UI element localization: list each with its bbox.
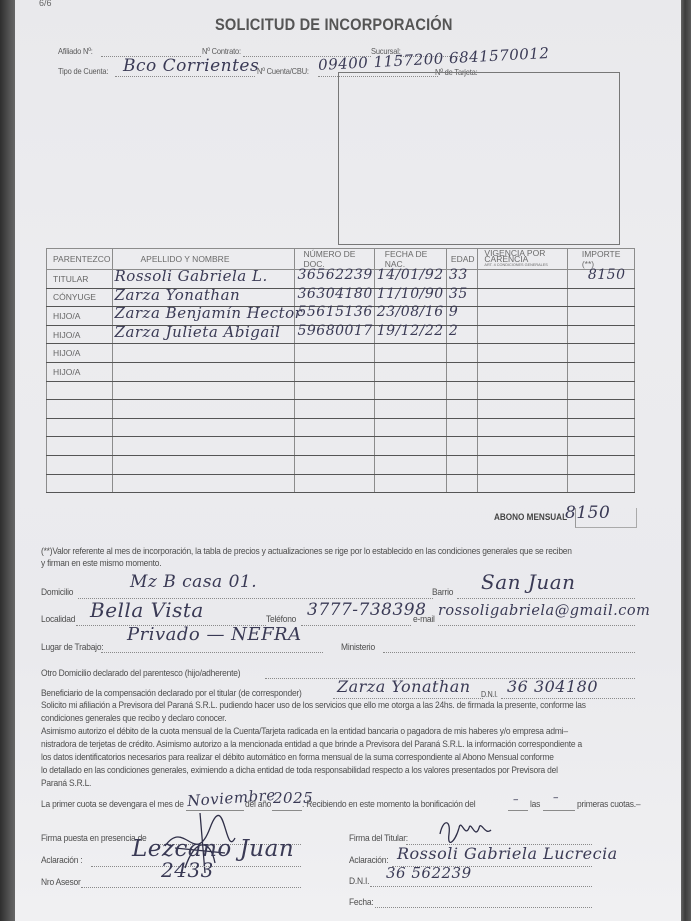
cell-doc[interactable]: 59680017 <box>295 325 374 344</box>
beneficiario-dni-field[interactable] <box>501 698 635 699</box>
cell-parentezco[interactable] <box>47 418 113 437</box>
table-row: HIJO/AZarza Julieta Abigail5968001719/12… <box>47 325 635 344</box>
dni-value: 36 562239 <box>386 864 472 882</box>
cell-value: Zarza Julieta Abigail <box>115 323 281 341</box>
cell-vigencia[interactable] <box>478 455 567 474</box>
cell-fecha_nac[interactable] <box>374 400 446 419</box>
beneficiario-field[interactable] <box>333 698 483 699</box>
cell-value: 36562239 <box>297 267 372 283</box>
email-value: rossoligabriela@gmail.com <box>438 603 650 619</box>
cell-value: Zarza Benjamín Hector <box>115 304 303 322</box>
cell-parentezco[interactable] <box>47 400 113 419</box>
cell-parentezco[interactable]: HIJO/A <box>47 325 113 344</box>
cell-edad[interactable] <box>446 362 478 381</box>
cell-importe[interactable] <box>567 362 634 381</box>
cell-edad[interactable] <box>446 418 478 437</box>
dni-label: D.N.I. <box>349 876 369 889</box>
relation-label: HIJO/A <box>53 348 80 358</box>
trabajo-value: Privado — NEFRA <box>127 624 302 645</box>
cell-doc[interactable] <box>295 418 374 437</box>
presencia-label: Firma puesta en presencia de <box>41 833 147 846</box>
tipo-cuenta-label: Tipo de Cuenta: <box>58 66 108 76</box>
aclaracion-right-value: Rossoli Gabriela Lucrecia <box>397 844 618 863</box>
cell-nombre[interactable]: Zarza Julieta Abigail <box>112 325 295 344</box>
trabajo-field[interactable] <box>101 652 323 653</box>
cell-value: 33 <box>449 267 468 283</box>
cell-edad[interactable] <box>446 400 478 419</box>
domicilio-value: Mz B casa 01. <box>130 572 257 592</box>
col-vigencia-sub: ART. 4 CONDICIONES GENERALES <box>484 262 566 268</box>
cell-parentezco[interactable] <box>47 381 113 400</box>
cell-fecha_nac[interactable] <box>374 474 446 493</box>
table-row <box>47 455 635 474</box>
table-row <box>47 381 635 400</box>
abono-mensual-value: 8150 <box>565 503 610 523</box>
cell-nombre[interactable] <box>112 437 295 456</box>
cuota-anio-field[interactable] <box>272 810 302 811</box>
relation-label: HIJO/A <box>53 330 80 340</box>
table-row: HIJO/A <box>47 344 635 363</box>
aclaracion-right-label: Aclaración: <box>349 855 388 868</box>
dni-field[interactable] <box>370 886 592 887</box>
cell-vigencia[interactable] <box>478 437 567 456</box>
cuenta-cbu-label: Nº Cuenta/CBU: <box>257 66 309 76</box>
relation-label: TITULAR <box>53 274 88 284</box>
cuota-post: . Recibiendo en este momento la bonifica… <box>302 799 475 812</box>
cell-fecha_nac[interactable] <box>374 362 446 381</box>
cell-edad[interactable] <box>446 344 478 363</box>
cell-doc[interactable] <box>295 437 374 456</box>
relation-label: HIJO/A <box>53 367 80 377</box>
card-box <box>338 72 620 245</box>
legal-p1-l2: condiciones generales que recibo y decla… <box>41 713 226 726</box>
cell-parentezco[interactable]: HIJO/A <box>47 344 113 363</box>
cell-doc[interactable] <box>295 455 374 474</box>
cell-vigencia[interactable] <box>478 344 567 363</box>
cell-vigencia[interactable] <box>478 325 567 344</box>
cell-nombre[interactable] <box>112 362 295 381</box>
cell-importe[interactable] <box>567 307 634 326</box>
background-left-edge <box>0 0 16 921</box>
form-sheet: 6/6 SOLICITUD DE INCORPORACIÓN Afiliado … <box>15 0 681 921</box>
beneficiario-value: Zarza Yonathan <box>337 677 471 696</box>
bonif-del-value: – <box>513 793 519 806</box>
contrato-label: Nº Contrato: <box>202 46 241 56</box>
cell-edad[interactable] <box>446 455 478 474</box>
cell-vigencia[interactable] <box>478 362 567 381</box>
form-title: SOLICITUD DE INCORPORACIÓN <box>215 15 453 35</box>
barrio-label: Barrio <box>432 587 453 600</box>
legal-p2-l2: nistradora de terjetas de crédito. Asimi… <box>41 739 582 752</box>
cell-edad[interactable] <box>446 437 478 456</box>
table-row: HIJO/A <box>47 362 635 381</box>
cell-doc[interactable] <box>295 381 374 400</box>
cell-importe[interactable] <box>567 455 634 474</box>
cell-nombre[interactable] <box>112 400 295 419</box>
legal-p2-l3: los datos identificatorios necesarios pa… <box>41 752 554 765</box>
cell-nombre[interactable] <box>112 344 295 363</box>
table-row <box>47 400 635 419</box>
cell-nombre[interactable] <box>112 455 295 474</box>
cell-importe[interactable] <box>567 344 634 363</box>
cell-fecha_nac[interactable] <box>374 344 446 363</box>
footnote-line-2: y firman en este mismo momento. <box>41 558 161 571</box>
cell-fecha_nac[interactable] <box>374 418 446 437</box>
cell-vigencia[interactable] <box>478 270 567 289</box>
footnote-line-1: (**)Valor referente al mes de incorporac… <box>41 546 572 559</box>
cuota-end: primeras cuotas.– <box>577 799 640 812</box>
table-row <box>47 474 635 493</box>
cell-nombre[interactable] <box>112 418 295 437</box>
cell-value: 14/01/92 <box>377 267 444 283</box>
cell-value: 8150 <box>588 267 626 283</box>
trabajo-label: Lugar de Trabajo: <box>41 642 103 655</box>
members-table: PARENTEZCO APELLIDO Y NOMBRE NÚMERO DE D… <box>46 248 635 493</box>
localidad-label: Localidad <box>41 614 75 627</box>
ministerio-label: Ministerio <box>341 642 375 655</box>
tipo-cuenta-field[interactable] <box>115 76 255 77</box>
asesor-value: 2433 <box>161 858 214 882</box>
cell-importe[interactable] <box>567 400 634 419</box>
cell-importe[interactable]: 8150 <box>567 270 634 289</box>
cell-doc[interactable] <box>295 474 374 493</box>
cell-doc[interactable] <box>295 344 374 363</box>
cell-nombre[interactable] <box>112 381 295 400</box>
cell-parentezco[interactable]: HIJO/A <box>47 362 113 381</box>
cell-vigencia[interactable] <box>478 474 567 493</box>
email-field[interactable] <box>438 625 635 626</box>
domicilio-label: Domicilio <box>41 587 73 600</box>
relation-label: CÓNYUGE <box>53 292 96 302</box>
cell-edad[interactable] <box>446 381 478 400</box>
cuota-las: las <box>530 799 540 812</box>
cell-parentezco[interactable] <box>47 437 113 456</box>
cell-nombre[interactable] <box>112 474 295 493</box>
fecha-label: Fecha: <box>349 897 374 910</box>
cell-value: 36304180 <box>297 286 372 302</box>
cuenta-cbu-value: 09400 1157200 6841570012 <box>318 44 550 74</box>
legal-p2-l4: lo detallado en las condiciones generale… <box>41 765 558 778</box>
cell-parentezco[interactable]: HIJO/A <box>47 307 113 326</box>
cell-parentezco[interactable]: TITULAR <box>47 270 113 289</box>
cell-value: 11/10/90 <box>377 286 444 302</box>
otro-domicilio-label: Otro Domicilio declarado del parentesco … <box>41 668 240 681</box>
cell-vigencia[interactable] <box>478 381 567 400</box>
beneficiario-label: Beneficiario de la compensación declarad… <box>41 688 302 701</box>
table-row <box>47 437 635 456</box>
fecha-field[interactable] <box>375 907 592 908</box>
bonif-las-value: – <box>553 791 559 804</box>
cell-value: 19/12/22 <box>377 323 444 339</box>
localidad-value: Bella Vista <box>90 598 204 622</box>
cell-parentezco[interactable] <box>47 455 113 474</box>
cell-value: Rossoli Gabriela L. <box>115 267 268 285</box>
bonif-del-field[interactable] <box>508 810 528 811</box>
cell-vigencia[interactable] <box>478 288 567 307</box>
page-number: 6/6 <box>39 0 52 8</box>
cell-fecha_nac[interactable] <box>374 455 446 474</box>
col-parentezco: PARENTEZCO <box>47 249 113 270</box>
cell-doc[interactable] <box>295 400 374 419</box>
cell-edad[interactable] <box>446 474 478 493</box>
tipo-cuenta-value: Bco Corrientes <box>123 56 259 76</box>
cuota-mid: del año <box>245 799 271 812</box>
cell-value: Zarza Yonathan <box>115 286 241 304</box>
asesor-field[interactable] <box>81 887 301 888</box>
asesor-label: Nro Asesor <box>41 877 81 890</box>
barrio-value: San Juan <box>481 570 576 594</box>
cell-importe[interactable] <box>567 288 634 307</box>
relation-label: HIJO/A <box>53 311 80 321</box>
cell-parentezco[interactable]: CÓNYUGE <box>47 288 113 307</box>
cell-vigencia[interactable] <box>478 400 567 419</box>
afiliado-label: Afiliado Nº: <box>58 46 93 56</box>
cell-value: 9 <box>449 304 458 320</box>
table-row <box>47 418 635 437</box>
cell-importe[interactable] <box>567 418 634 437</box>
abono-mensual-label: ABONO MENSUAL <box>494 512 567 523</box>
cell-parentezco[interactable] <box>47 474 113 493</box>
legal-p1-l1: Solicito mi afiliación a Previsora del P… <box>41 700 586 713</box>
barrio-field[interactable] <box>457 598 635 599</box>
legal-p2-l1: Asimismo autorizo el débito de la cuota … <box>41 726 568 739</box>
titular-signature <box>435 814 495 846</box>
col-vigencia: VIGENCIA POR CARENCIA ART. 4 CONDICIONES… <box>478 249 567 270</box>
cell-vigencia[interactable] <box>478 307 567 326</box>
cell-fecha_nac[interactable] <box>374 381 446 400</box>
cell-fecha_nac[interactable]: 19/12/22 <box>374 325 446 344</box>
telefono-field[interactable] <box>301 625 411 626</box>
ministerio-field[interactable] <box>383 652 635 653</box>
cell-importe[interactable] <box>567 381 634 400</box>
beneficiario-dni-value: 36 304180 <box>507 677 598 696</box>
cell-edad[interactable]: 2 <box>446 325 478 344</box>
telefono-value: 3777-738398 <box>307 600 426 620</box>
cell-value: 35 <box>449 286 468 302</box>
cell-importe[interactable] <box>567 325 634 344</box>
legal-p2-l5: Paraná S.R.L. <box>41 778 91 791</box>
cell-vigencia[interactable] <box>478 418 567 437</box>
aclaracion-left-label: Aclaración : <box>41 855 82 868</box>
cell-fecha_nac[interactable] <box>374 437 446 456</box>
cell-importe[interactable] <box>567 437 634 456</box>
cell-doc[interactable] <box>295 362 374 381</box>
cell-value: 2 <box>449 323 458 339</box>
cell-value: 23/08/16 <box>377 304 444 320</box>
email-label: e-mail <box>413 614 435 627</box>
bonif-las-field[interactable] <box>543 810 575 811</box>
cell-importe[interactable] <box>567 474 634 493</box>
cell-value: 55615136 <box>297 304 372 320</box>
cell-value: 59680017 <box>297 323 372 339</box>
